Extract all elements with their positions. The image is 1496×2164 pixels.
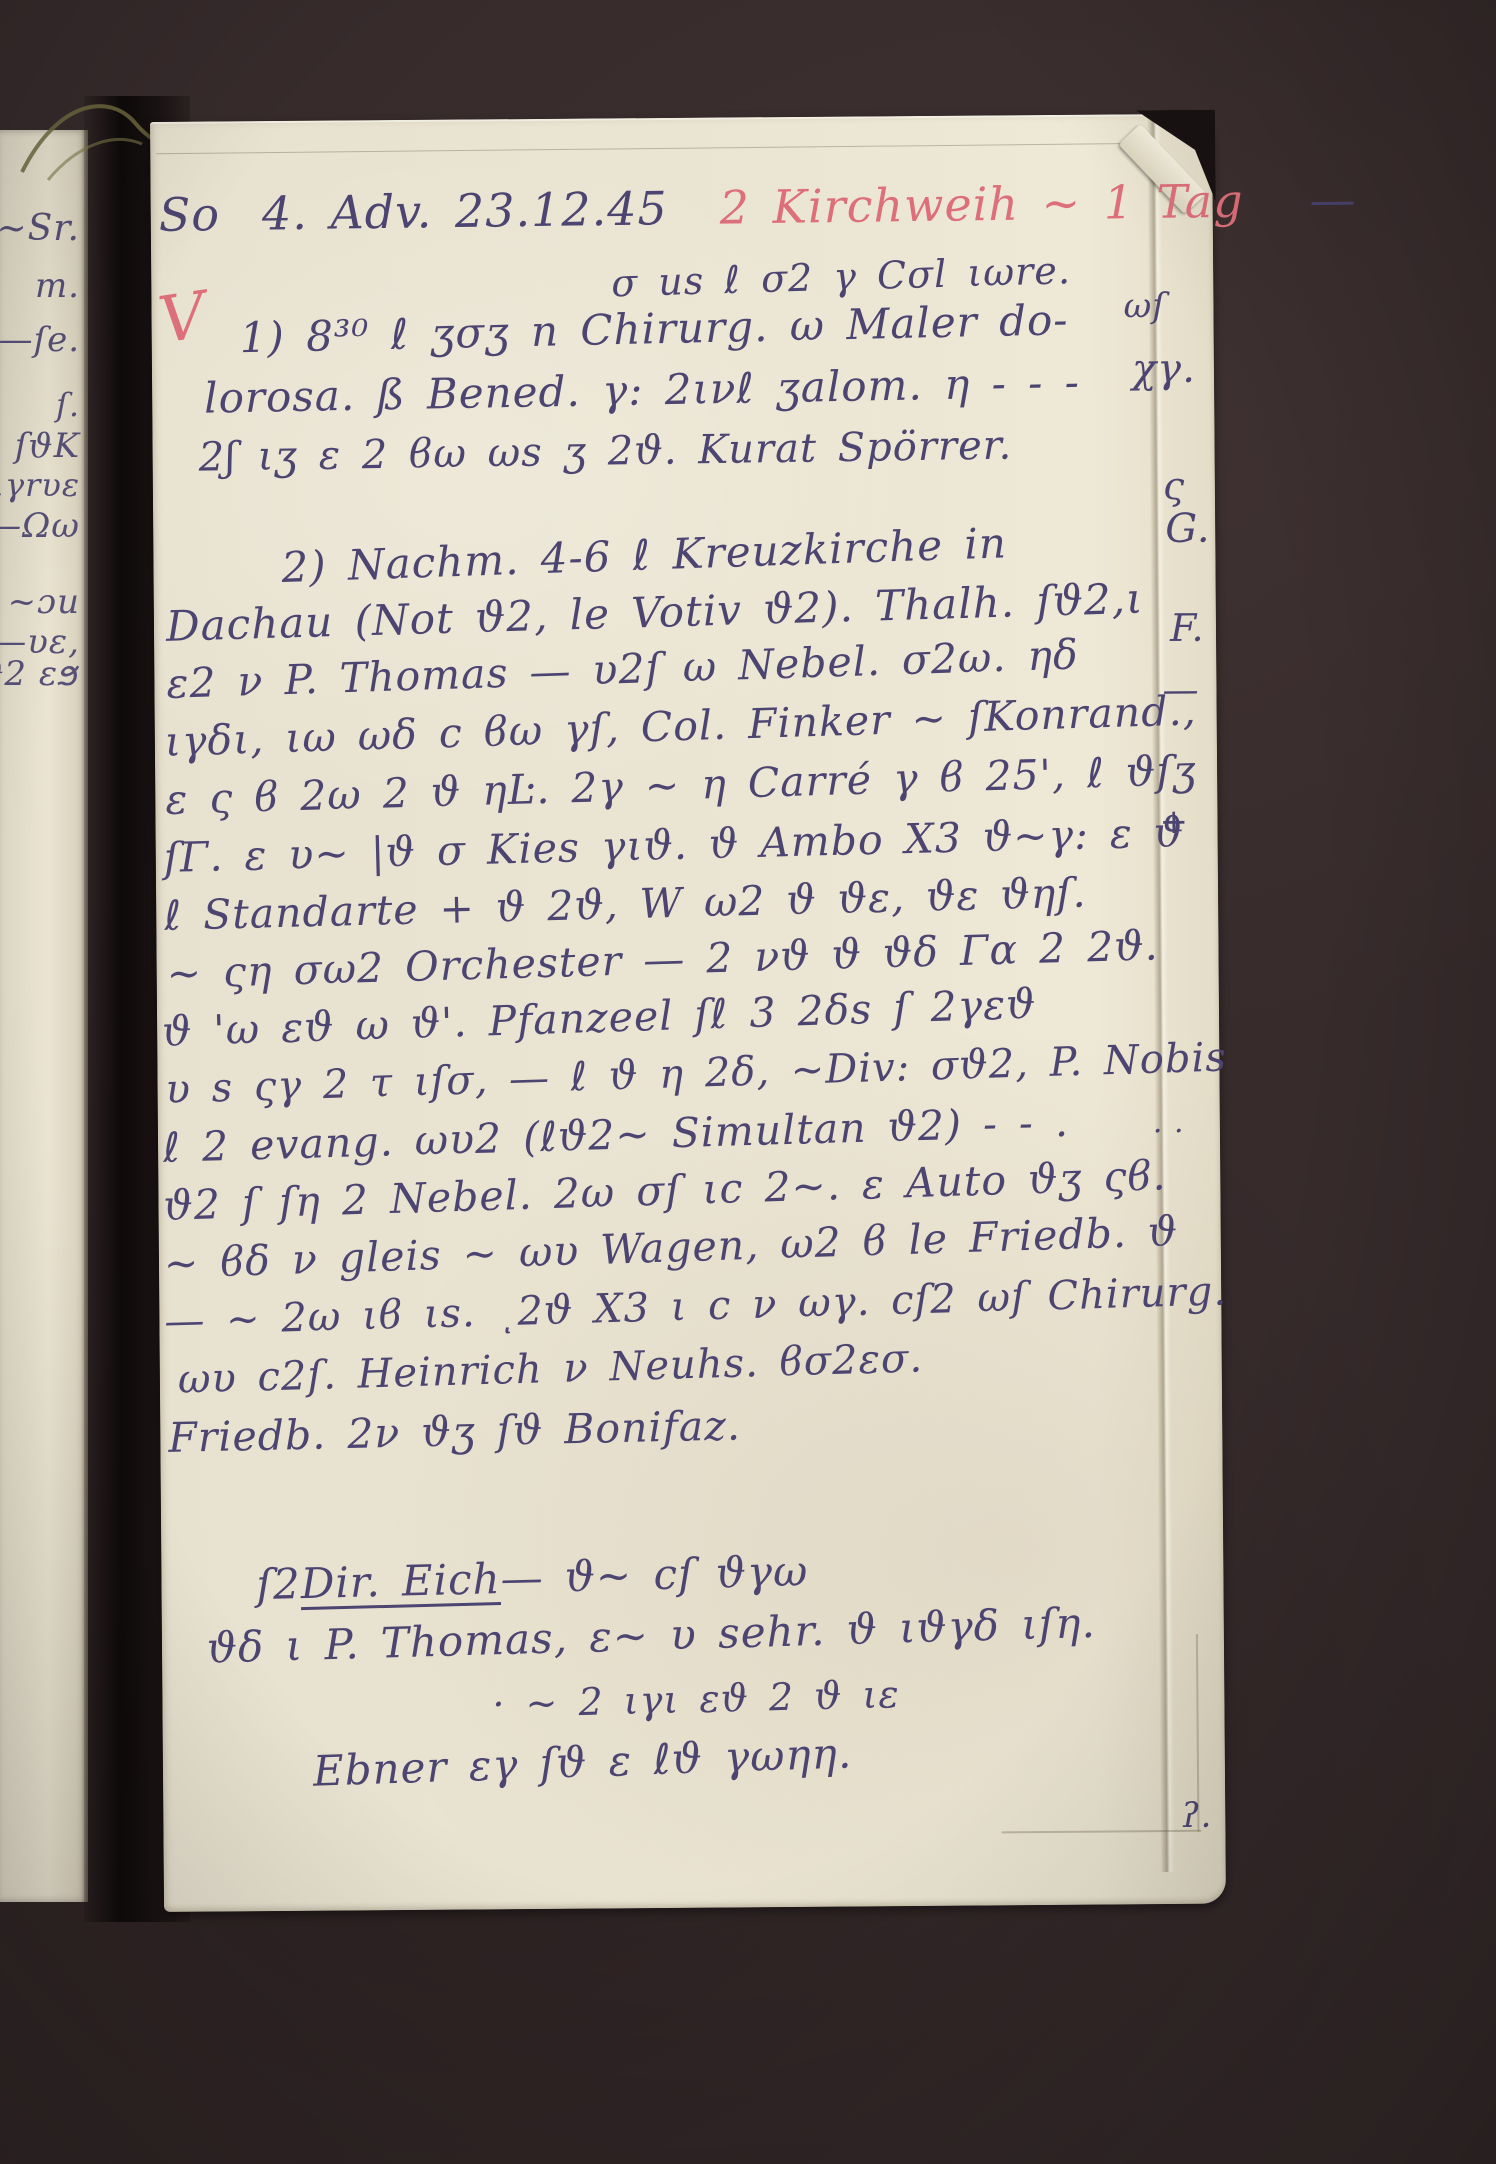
fold-edge-text-fragment: F. (1170, 606, 1205, 650)
right-fragments-layer: ωſχγ.ςG.F.—+· ·ʔ. (150, 114, 1226, 1912)
cut-off-text-fragment: ~Sr. (0, 208, 80, 249)
cut-off-text-fragment: ſϑΚ (15, 426, 80, 466)
fold-edge-text-fragment: ʔ. (1181, 1796, 1212, 1836)
fold-edge-text-fragment: G. (1165, 506, 1211, 552)
cut-off-text-fragment: ιγrυε (0, 466, 80, 504)
fold-edge-text-fragment: ς (1163, 464, 1186, 508)
cut-off-text-fragment: ſ. (56, 386, 80, 424)
cut-off-text-fragment: —ſe. (0, 320, 80, 360)
diary-page: So4. Adv. 23.12.452 Kirchweih ~ 1 Tag—σ … (150, 114, 1226, 1912)
left-fragments-layer: ~Sr.m.—ſe.ſ.ſϑΚιγrυε—Ωω~ɔu—υε,ϑ2 εϧ (0, 130, 88, 1902)
fold-edge-text-fragment: χγ. (1132, 346, 1196, 393)
fold-edge-text-fragment: ωſ (1123, 286, 1166, 326)
cut-off-text-fragment: ϑ2 εϧ (0, 654, 80, 694)
fold-edge-text-fragment: — (1162, 670, 1199, 711)
cut-off-text-fragment: —Ωω (0, 506, 80, 546)
ink-text: — (1309, 176, 1357, 223)
cut-off-text-fragment: ~ɔu (8, 582, 80, 622)
previous-page-edge: ~Sr.m.—ſe.ſ.ſϑΚιγrυε—Ωω~ɔu—υε,ϑ2 εϧ (0, 130, 88, 1902)
cut-off-text-fragment: m. (35, 266, 80, 306)
scanned-diary-photo: { "meta": { "description": "Scanned hand… (0, 0, 1496, 2164)
fold-edge-text-fragment: + (1159, 802, 1189, 842)
fold-edge-text-fragment: · · (1153, 1114, 1185, 1149)
